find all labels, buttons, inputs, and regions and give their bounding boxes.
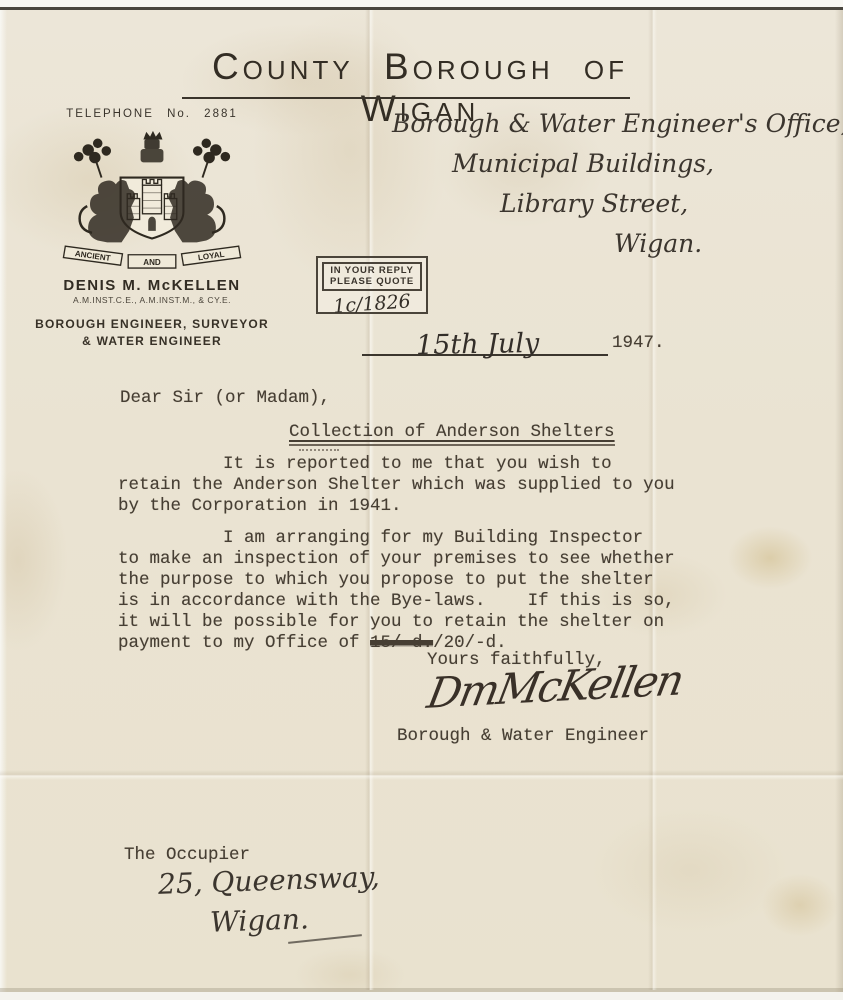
paragraph-1: It is reported to me that you wish to re… — [118, 454, 675, 517]
recipient-address-line2: Wigan. — [209, 902, 309, 938]
castle-gate — [148, 217, 156, 231]
reference-box-label: IN YOUR REPLY PLEASE QUOTE — [322, 262, 422, 291]
signatory-title: Borough & Water Engineer — [397, 726, 649, 747]
office-address-line1: Borough & Water Engineer's Office, — [392, 104, 812, 144]
salutation: Dear Sir (or Madam), — [120, 388, 330, 409]
scanned-letter: County Borough of Wigan TELEPHONE No. 28… — [0, 0, 843, 1000]
typed-year: 1947. — [612, 333, 665, 354]
office-address-line3: Library Street, — [500, 184, 812, 224]
para1-line: It is reported to me that you wish to — [118, 454, 675, 475]
amount-prefix: payment to my Office of — [118, 633, 370, 653]
office-address-line4: Wigan. — [614, 224, 812, 264]
crown-icon — [143, 131, 162, 140]
reference-label-line1: IN YOUR REPLY — [324, 265, 420, 276]
subject-heading: Collection of Anderson Shelters — [289, 422, 615, 446]
para2-line: the purpose to which you propose to put … — [118, 570, 675, 591]
amount-struck-out: 15/-d. — [370, 633, 433, 653]
officer-title-line2: & WATER ENGINEER — [32, 334, 272, 348]
officer-credentials: A.M.INST.C.E., A.M.INST.M., & CY.E. — [32, 295, 272, 305]
para2-line: it will be possible for you to retain th… — [118, 612, 675, 633]
telephone-number: TELEPHONE No. 2881 — [32, 108, 272, 120]
reference-label-line2: PLEASE QUOTE — [324, 276, 420, 287]
letterhead-left-column: TELEPHONE No. 2881 — [32, 108, 272, 348]
office-address-line2: Municipal Buildings, — [452, 144, 812, 184]
dateline: 15th July 1947. — [360, 322, 660, 358]
reference-box: IN YOUR REPLY PLEASE QUOTE 1c/1826 — [316, 256, 428, 314]
para1-line: retain the Anderson Shelter which was su… — [118, 475, 675, 496]
title-underline — [182, 97, 630, 99]
subject-underline-dots — [299, 449, 339, 451]
officer-name: DENIS M. McKELLEN — [32, 277, 272, 294]
para2-line: is in accordance with the Bye-laws. If t… — [118, 591, 675, 612]
officer-title-line1: BOROUGH ENGINEER, SURVEYOR — [32, 317, 272, 331]
motto-mid: AND — [143, 258, 161, 267]
office-address: Borough & Water Engineer's Office, Munic… — [392, 104, 812, 264]
para2-line: to make an inspection of your premises t… — [118, 549, 675, 570]
horizontal-fold-crease — [0, 770, 843, 780]
wigan-coat-of-arms-icon: ANCIENT AND LOYAL — [52, 128, 252, 271]
para2-line: I am arranging for my Building Inspector — [118, 528, 675, 549]
scan-bottom-margin — [0, 992, 843, 1000]
handwritten-date: 15th July — [416, 328, 540, 361]
paragraph-2: I am arranging for my Building Inspector… — [118, 528, 675, 654]
paper-top-edge — [0, 7, 843, 10]
reference-number: 1c/1826 — [317, 289, 426, 318]
para1-line: by the Corporation in 1941. — [118, 496, 675, 517]
paper-right-edge — [835, 10, 843, 1000]
recipient-address-line1: 25, Queensway, — [157, 860, 380, 901]
recipient-name: The Occupier — [124, 845, 250, 866]
paper-left-edge — [0, 10, 7, 1000]
tree-stems — [96, 160, 208, 177]
scan-top-margin — [0, 0, 843, 7]
motto-ribbon: ANCIENT AND LOYAL — [63, 246, 240, 268]
